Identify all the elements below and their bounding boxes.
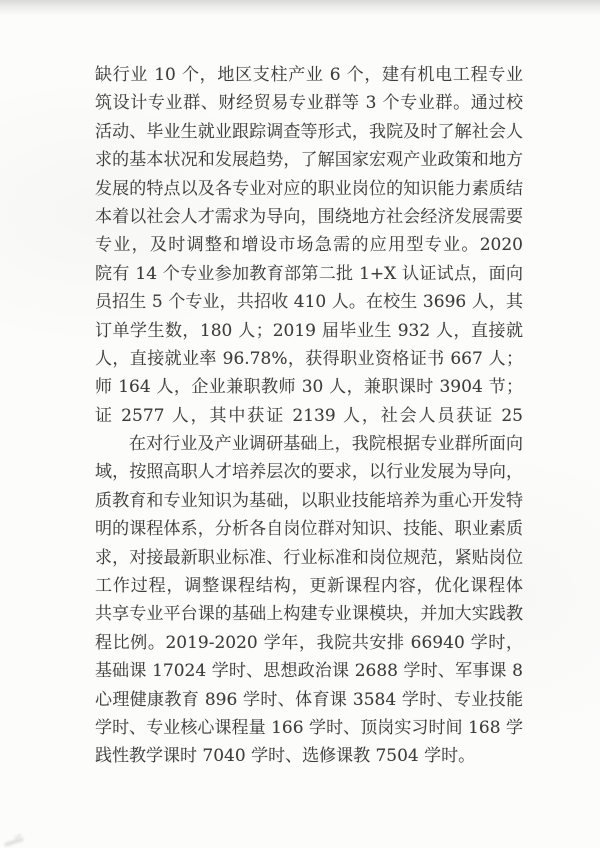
scan-edge-shadow [0,0,600,16]
text-line: 求的基本状况和发展趋势，了解国家宏观产业政策和地方经济 [95,146,523,174]
scanned-document-page: 缺行业 10 个，地区支柱产业 6 个，建有机电工程专业群、建筑设计专业群、财经… [0,0,600,848]
document-body: 缺行业 10 个，地区支柱产业 6 个，建有机电工程专业群、建筑设计专业群、财经… [95,61,523,771]
text-line: 员招生 5 个专业，共招收 410 人。在校生 3696 人，其中企业 [95,288,523,316]
text-line: 筑设计专业群、财经贸易专业群等 3 个专业群。通过校外实践 [95,89,523,117]
text-line: 订单学生数，180 人；2019 届毕业生 932 人，直接就业 902 [95,317,523,345]
text-line: 工作过程，调整课程结构，更新课程内容，优化课程体系，在 [95,572,523,600]
text-line: 活动、毕业生就业跟踪调查等形式，我院及时了解社会人才需 [95,118,523,146]
text-line: 基础课 17024 学时、思想政治课 2688 学时、军事课 896 学时、 [95,657,523,685]
text-line: 明的课程体系，分析各自岗位群对知识、技能、职业素质的要 [95,515,523,543]
text-line: 人，直接就业率 96.78%，获得职业资格证书 667 人；专任教 [95,345,523,373]
text-line: 专业，及时调整和增设市场急需的应用型专业。2020 年，我 [95,231,523,259]
text-line: 证 2577 人，其中获证 2139 人，社会人员获证 25 人。 [95,402,523,430]
scan-corner-artifact [4,837,24,847]
text-line: 共享专业平台课的基础上构建专业课模块，并加大实践教学课 [95,600,523,628]
text-line: 师 164 人，企业兼职教师 30 人，兼职课时 3904 节；在校生考 [95,373,523,401]
text-line: 学时、专业核心课程量 166 学时、顶岗实习时间 168 学时、实 [95,714,523,742]
scan-corner-artifact [14,833,22,840]
text-line: 院有 14 个专业参加教育部第二批 1+X 认证试点，面向社会人 [95,260,523,288]
paragraph-2: 在对行业及产业调研基础上，我院根据专业群所面向的领域，按照高职人才培养层次的要求… [95,430,523,771]
text-line: 质教育和专业知识为基础，以职业技能培养为重心开发特色鲜 [95,487,523,515]
text-line: 程比例。2019-2020 学年，我院共安排 66940 学时，其中公共 [95,629,523,657]
paragraph-1: 缺行业 10 个，地区支柱产业 6 个，建有机电工程专业群、建筑设计专业群、财经… [95,61,523,430]
text-line: 践性教学课时 7040 学时、选修课教 7504 学时。 [95,742,523,770]
text-line: 求，对接最新职业标准、行业标准和岗位规范，紧贴岗位实际 [95,544,523,572]
text-line: 缺行业 10 个，地区支柱产业 6 个，建有机电工程专业群、建 [95,61,523,89]
text-line: 本着以社会人才需求为导向，围绕地方社会经济发展需要设置 [95,203,523,231]
text-line: 心理健康教育 896 学时、体育课 3584 学时、专业技能课 38332 [95,686,523,714]
text-line: 在对行业及产业调研基础上，我院根据专业群所面向的领 [95,430,523,458]
text-line: 发展的特点以及各专业对应的职业岗位的知识能力素质结构， [95,175,523,203]
text-line: 域，按照高职人才培养层次的要求，以行业发展为导向，以素 [95,458,523,486]
